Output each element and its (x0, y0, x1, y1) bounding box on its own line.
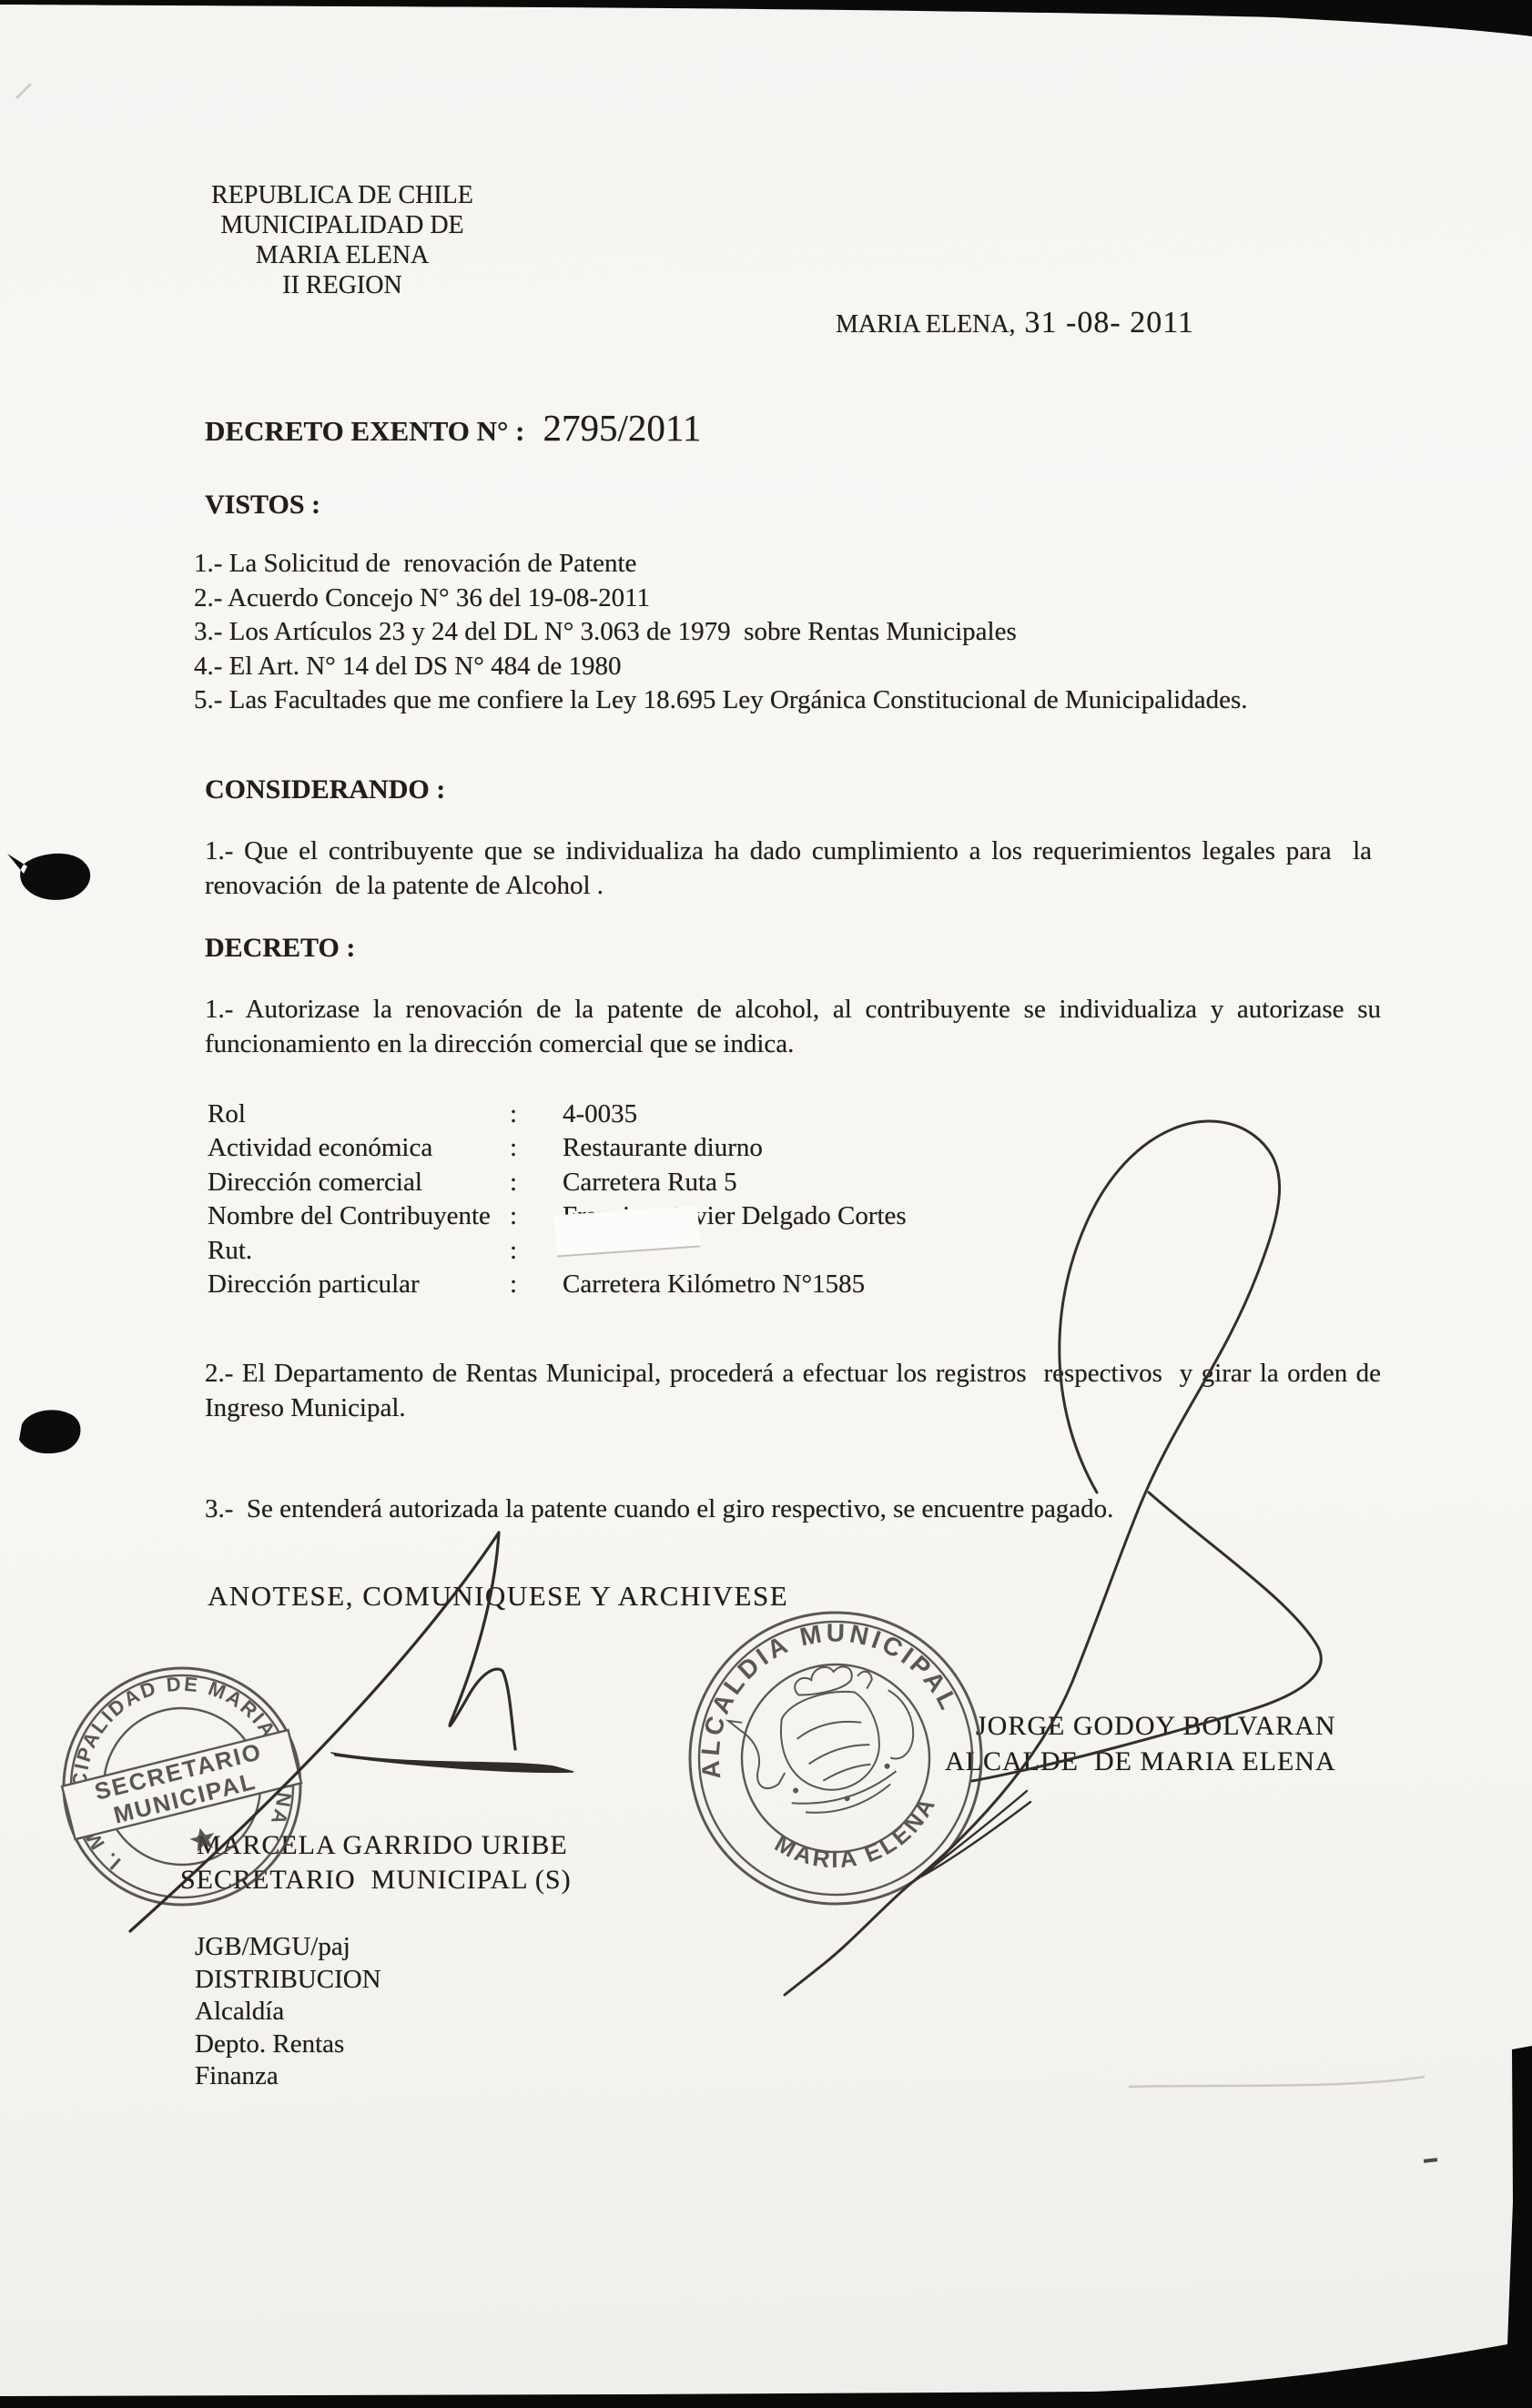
decree-number: 2795/2011 (543, 406, 701, 450)
scan-top-edge (0, 0, 1532, 36)
field-value: Carretera Kilómetro N°1585 (563, 1268, 907, 1301)
svg-text:ALCALDIA MUNICIPAL: ALCALDIA MUNICIPAL (664, 1585, 966, 1786)
field-separator: : (510, 1234, 563, 1268)
stamp-inner-ring (720, 1643, 952, 1875)
field-label: Dirección particular (208, 1268, 510, 1301)
field-label: Dirección comercial (208, 1166, 510, 1199)
field-value: Restaurante diurno (563, 1131, 907, 1165)
decreto-title: DECRETO : (205, 933, 355, 964)
stamp-banner (62, 1730, 301, 1839)
field-value: Carretera Ruta 5 (563, 1166, 907, 1199)
paper-crease (1129, 2077, 1425, 2087)
field-row-rol: Rol : 4-0035 (208, 1098, 907, 1131)
field-label: Rol (208, 1098, 510, 1131)
closing-formula: ANOTESE, COMUNIQUESE Y ARCHIVESE (208, 1580, 788, 1613)
vistos-item: 1.- La Solicitud de renovación de Patent… (194, 547, 1286, 582)
taxpayer-fields: Rol : 4-0035 Actividad económica : Resta… (208, 1098, 907, 1301)
svg-text:MARIA ELENA: MARIA ELENA (765, 1786, 952, 1893)
distribution-item: Depto. Rentas (195, 2029, 381, 2061)
field-label: Nombre del Contribuyente (208, 1199, 510, 1233)
decreto-paragraph-1: 1.- Autorizase la renovación de la paten… (205, 993, 1381, 1061)
field-row-direccion-particular: Dirección particular : Carretera Kilómet… (208, 1268, 907, 1301)
distribution-item: Alcaldía (195, 1996, 381, 2029)
decreto-paragraph-2: 2.- El Departamento de Rentas Municipal,… (205, 1357, 1381, 1425)
considerando-title: CONSIDERANDO : (205, 774, 445, 805)
distribution-title: DISTRIBUCION (195, 1964, 381, 1997)
considerando-paragraph: 1.- Que el contribuyente que se individu… (205, 835, 1372, 903)
faint-corner-mark (16, 84, 31, 98)
date-line: MARIA ELENA, 31 -08- 2011 (836, 306, 1194, 340)
distribution-item: Finanza (195, 2060, 381, 2093)
responsibility-initials: JGB/MGU/paj (195, 1931, 381, 1964)
field-row-direccion-comercial: Dirección comercial : Carretera Ruta 5 (208, 1166, 907, 1199)
letterhead: REPUBLICA DE CHILE MUNICIPALIDAD DE MARI… (171, 180, 513, 300)
stamp-banner-line1: SECRETARIO (92, 1737, 265, 1806)
decreto-paragraph-3: 3.- Se entenderá autorizada la patente c… (205, 1492, 1381, 1527)
mayor-title: ALCALDE DE MARIA ELENA (945, 1746, 1336, 1777)
date-value: 31 -08- 2011 (1025, 306, 1194, 340)
secretary-title: SECRETARIO MUNICIPAL (S) (180, 1865, 572, 1896)
scan-bottom-edge (0, 2046, 1532, 2408)
letterhead-line: II REGION (171, 270, 513, 300)
vistos-list: 1.- La Solicitud de renovación de Patent… (194, 547, 1286, 718)
vistos-title: VISTOS : (205, 490, 320, 521)
decree-label: DECRETO EXENTO N° : (205, 415, 524, 448)
ink-blob-bottom (19, 1410, 80, 1453)
vistos-item: 4.- El Art. N° 14 del DS N° 484 de 1980 (194, 650, 1286, 684)
vistos-item: 3.- Los Artículos 23 y 24 del DL N° 3.06… (194, 615, 1286, 650)
field-separator: : (510, 1166, 563, 1199)
field-separator: : (510, 1268, 563, 1301)
letterhead-line: MUNICIPALIDAD DE (171, 210, 513, 240)
stamp-banner-line2: MUNICIPAL (111, 1767, 259, 1829)
field-row-actividad: Actividad económica : Restaurante diurno (208, 1131, 907, 1165)
field-separator: : (510, 1131, 563, 1165)
mayor-name: JORGE GODOY BOLVARAN (976, 1711, 1336, 1742)
mayor-stamp-bottom-text: MARIA ELENA (765, 1786, 952, 1893)
letterhead-line: REPUBLICA DE CHILE (171, 180, 513, 210)
field-label: Rut. (208, 1234, 510, 1268)
ink-blob-top (7, 854, 90, 900)
field-separator: : (510, 1098, 563, 1131)
field-label: Actividad económica (208, 1131, 510, 1165)
letterhead-line: MARIA ELENA (171, 240, 513, 270)
mayor-stamp-top-text: ALCALDIA MUNICIPAL (664, 1585, 966, 1786)
small-ink-dash (1424, 2158, 1437, 2163)
date-place: MARIA ELENA, (836, 310, 1016, 339)
vistos-item: 2.- Acuerdo Concejo N° 36 del 19-08-2011 (194, 582, 1286, 616)
secretary-name: MARCELA GARRIDO URIBE (197, 1830, 568, 1861)
footer-block: JGB/MGU/paj DISTRIBUCION Alcaldía Depto.… (195, 1931, 381, 2093)
field-value: 4-0035 (563, 1098, 907, 1131)
coat-of-arms-sketch (721, 1648, 929, 1833)
scanned-document-page: REPUBLICA DE CHILE MUNICIPALIDAD DE MARI… (0, 0, 1532, 2408)
decree-headline: DECRETO EXENTO N° : 2795/2011 (205, 406, 701, 450)
vistos-item: 5.- Las Facultades que me confiere la Le… (194, 683, 1286, 718)
